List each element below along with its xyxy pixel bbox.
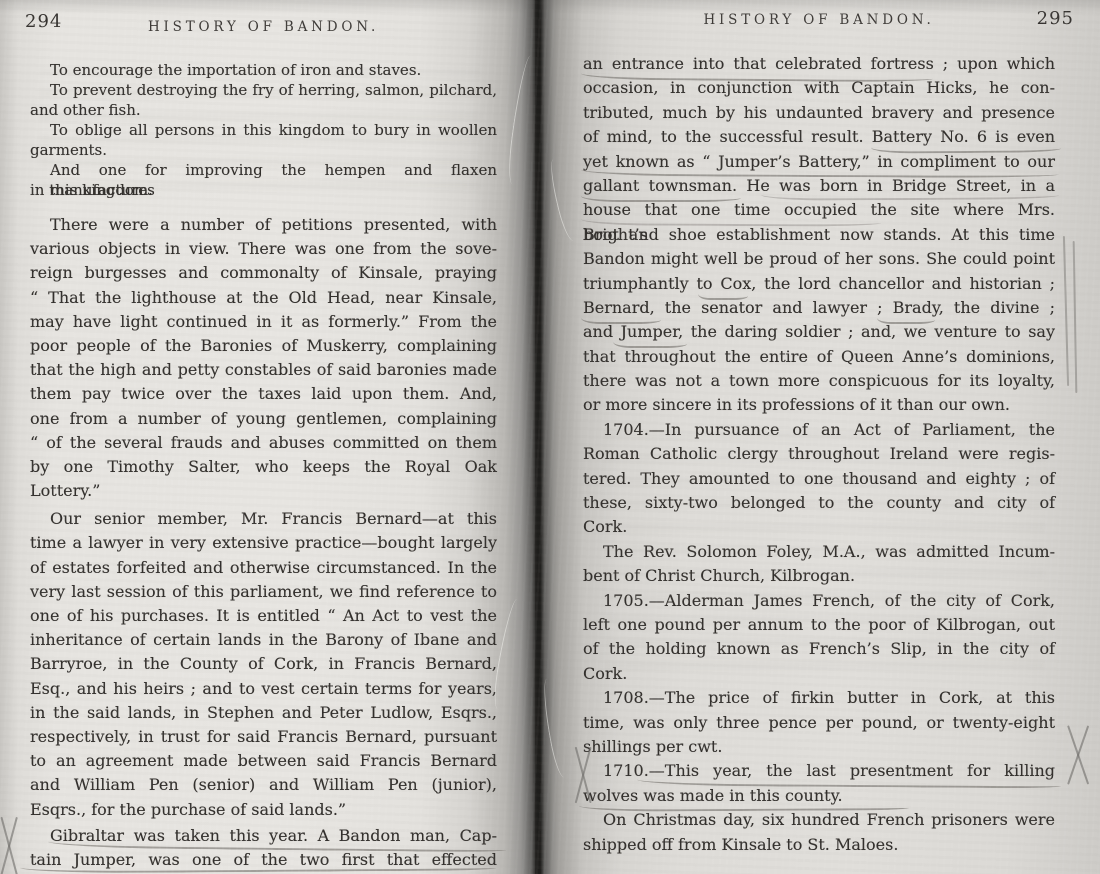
text-line: inheritance of certain lands in the Baro… [30, 628, 497, 652]
paragraph-1708: 1708.—The price of firkin butter in Cork… [583, 686, 1055, 759]
pencil-x-mark-bottom-left [0, 816, 32, 874]
text-line: to an agreement made between said Franci… [30, 749, 497, 773]
text-line: one of his purchases. It is entitled “ A… [30, 604, 497, 628]
paragraph-gibraltar: Gibraltar was taken this year. A Bandon … [30, 824, 497, 872]
text-line: and William Pen (senior) and William Pen… [30, 773, 497, 797]
text-line: Lottery.” [30, 479, 497, 503]
text-line: 1704.—In pursuance of an Act of Parliame… [583, 418, 1055, 442]
running-header-left: HISTORY OF BANDON. [30, 19, 497, 35]
text-line: triumphantly to Cox, the lord chancellor… [583, 272, 1055, 296]
book-spread: 294 HISTORY OF BANDON. To encourage the … [0, 0, 1100, 874]
text-line: wolves was made in this county. [583, 784, 1055, 808]
text-line: in this kingdom. [30, 180, 497, 200]
running-header-right: HISTORY OF BANDON. [583, 12, 1055, 28]
text-line: these, sixty-two belonged to the county … [583, 491, 1055, 515]
page-294-text-column: To encourage the importation of iron and… [30, 60, 497, 872]
text-line: that throughout the entire of Queen Anne… [583, 345, 1055, 369]
text-line: To oblige all persons in this kingdom to… [30, 120, 497, 140]
text-line: by one Timothy Salter, who keeps the Roy… [30, 455, 497, 479]
text-line: an entrance into that celebrated fortres… [583, 52, 1055, 76]
paragraph-1705: 1705.—Alderman James French, of the city… [583, 589, 1055, 687]
text-line: various objects in view. There was one f… [30, 237, 497, 261]
text-line: Esq., and his heirs ; and to vest certai… [30, 677, 497, 701]
text-line: left one pound per annum to the poor of … [583, 613, 1055, 637]
text-line: bent of Christ Church, Kilbrogan. [583, 564, 1055, 588]
paragraph-francis-bernard: Our senior member, Mr. Francis Bernard—a… [30, 507, 497, 821]
text-line: tain Jumper, was one of the two first th… [30, 848, 497, 872]
text-line: Esqrs., for the purchase of said lands.” [30, 798, 497, 822]
text-line: Our senior member, Mr. Francis Bernard—a… [30, 507, 497, 531]
text-line: 1705.—Alderman James French, of the city… [583, 589, 1055, 613]
page-295-text-column: an entrance into that celebrated fortres… [583, 52, 1055, 857]
text-line: respectively, in trust for said Francis … [30, 725, 497, 749]
text-line: yet known as “ Jumper’s Battery,” in com… [583, 150, 1055, 174]
text-line: very last session of this parliament, we… [30, 580, 497, 604]
text-line: “ of the several frauds and abuses commi… [30, 431, 497, 455]
text-line: there was not a town more conspicuous fo… [583, 369, 1055, 393]
text-line: time, was only three pence per pound, or… [583, 711, 1055, 735]
text-line: 1710.—This year, the last presentment fo… [583, 759, 1055, 783]
text-line: occasion, in conjunction with Captain Hi… [583, 76, 1055, 100]
text-line: and Jumper, the daring soldier ; and, we… [583, 320, 1055, 344]
text-line: and other fish. [30, 100, 497, 120]
text-line: Roman Catholic clergy throughout Ireland… [583, 442, 1055, 466]
text-line: of mind, to the successful result. Batte… [583, 125, 1055, 149]
text-line: shillings per cwt. [583, 735, 1055, 759]
text-line: or more sincere in its professions of it… [583, 393, 1055, 417]
text-line: “ That the lighthouse at the Old Head, n… [30, 286, 497, 310]
paragraph-1710: 1710.—This year, the last presentment fo… [583, 759, 1055, 808]
paragraph-petitions: There were a number of petitions present… [30, 213, 497, 503]
text-line: them pay twice over the taxes laid upon … [30, 382, 497, 406]
text-line: 1708.—The price of firkin butter in Cork… [583, 686, 1055, 710]
paragraph-acts-list: To encourage the importation of iron and… [30, 60, 497, 200]
text-line: On Christmas day, six hundred French pri… [583, 808, 1055, 832]
text-line: tributed, much by his undaunted bravery … [583, 101, 1055, 125]
text-line: garments. [30, 140, 497, 160]
paragraph-christmas: On Christmas day, six hundred French pri… [583, 808, 1055, 857]
text-line: may have light continued in it as former… [30, 310, 497, 334]
page-top-shadow [0, 0, 535, 14]
text-line: And one for improving the hempen and fla… [30, 160, 497, 180]
paragraph-jumper: an entrance into that celebrated fortres… [583, 52, 1055, 418]
text-line: Cork. [583, 662, 1055, 686]
paragraph-solomon-foley: The Rev. Solomon Foley, M.A., was admitt… [583, 540, 1055, 589]
page-295: 295 HISTORY OF BANDON. an entrance into … [535, 0, 1100, 874]
text-line: The Rev. Solomon Foley, M.A., was admitt… [583, 540, 1055, 564]
text-line: To prevent destroying the fry of herring… [30, 80, 497, 100]
text-line: one from a number of young gentlemen, co… [30, 407, 497, 431]
text-line: time a lawyer in very extensive practice… [30, 531, 497, 555]
text-line: in the said lands, in Stephen and Peter … [30, 701, 497, 725]
text-line: boot and shoe establishment now stands. … [583, 223, 1055, 247]
text-line: Barryroe, in the County of Cork, in Fran… [30, 652, 497, 676]
text-line: Gibraltar was taken this year. A Bandon … [30, 824, 497, 848]
text-line: of estates forfeited and otherwise circu… [30, 556, 497, 580]
text-line: poor people of the Baronies of Muskerry,… [30, 334, 497, 358]
paragraph-1704: 1704.—In pursuance of an Act of Parliame… [583, 418, 1055, 540]
text-line: that the high and petty constables of sa… [30, 358, 497, 382]
pencil-x-mark-right-edge [1057, 724, 1099, 786]
text-line: shipped off from Kinsale to St. Maloes. [583, 833, 1055, 857]
pencil-margin-line-2 [1073, 241, 1077, 393]
text-line: Bandon might well be proud of her sons. … [583, 247, 1055, 271]
text-line: tered. They amounted to one thousand and… [583, 467, 1055, 491]
text-line: To encourage the importation of iron and… [30, 60, 497, 80]
page-294: 294 HISTORY OF BANDON. To encourage the … [0, 0, 535, 874]
text-line: Cork. [583, 515, 1055, 539]
pencil-margin-line-1 [1063, 236, 1069, 386]
text-line: gallant townsman. He was born in Bridge … [583, 174, 1055, 198]
text-line: reign burgesses and commonalty of Kinsal… [30, 261, 497, 285]
text-line: of the holding known as French’s Slip, i… [583, 637, 1055, 661]
text-line: Bernard, the senator and lawyer ; Brady,… [583, 296, 1055, 320]
text-line: house that one time occupied the site wh… [583, 198, 1055, 222]
text-line: There were a number of petitions present… [30, 213, 497, 237]
